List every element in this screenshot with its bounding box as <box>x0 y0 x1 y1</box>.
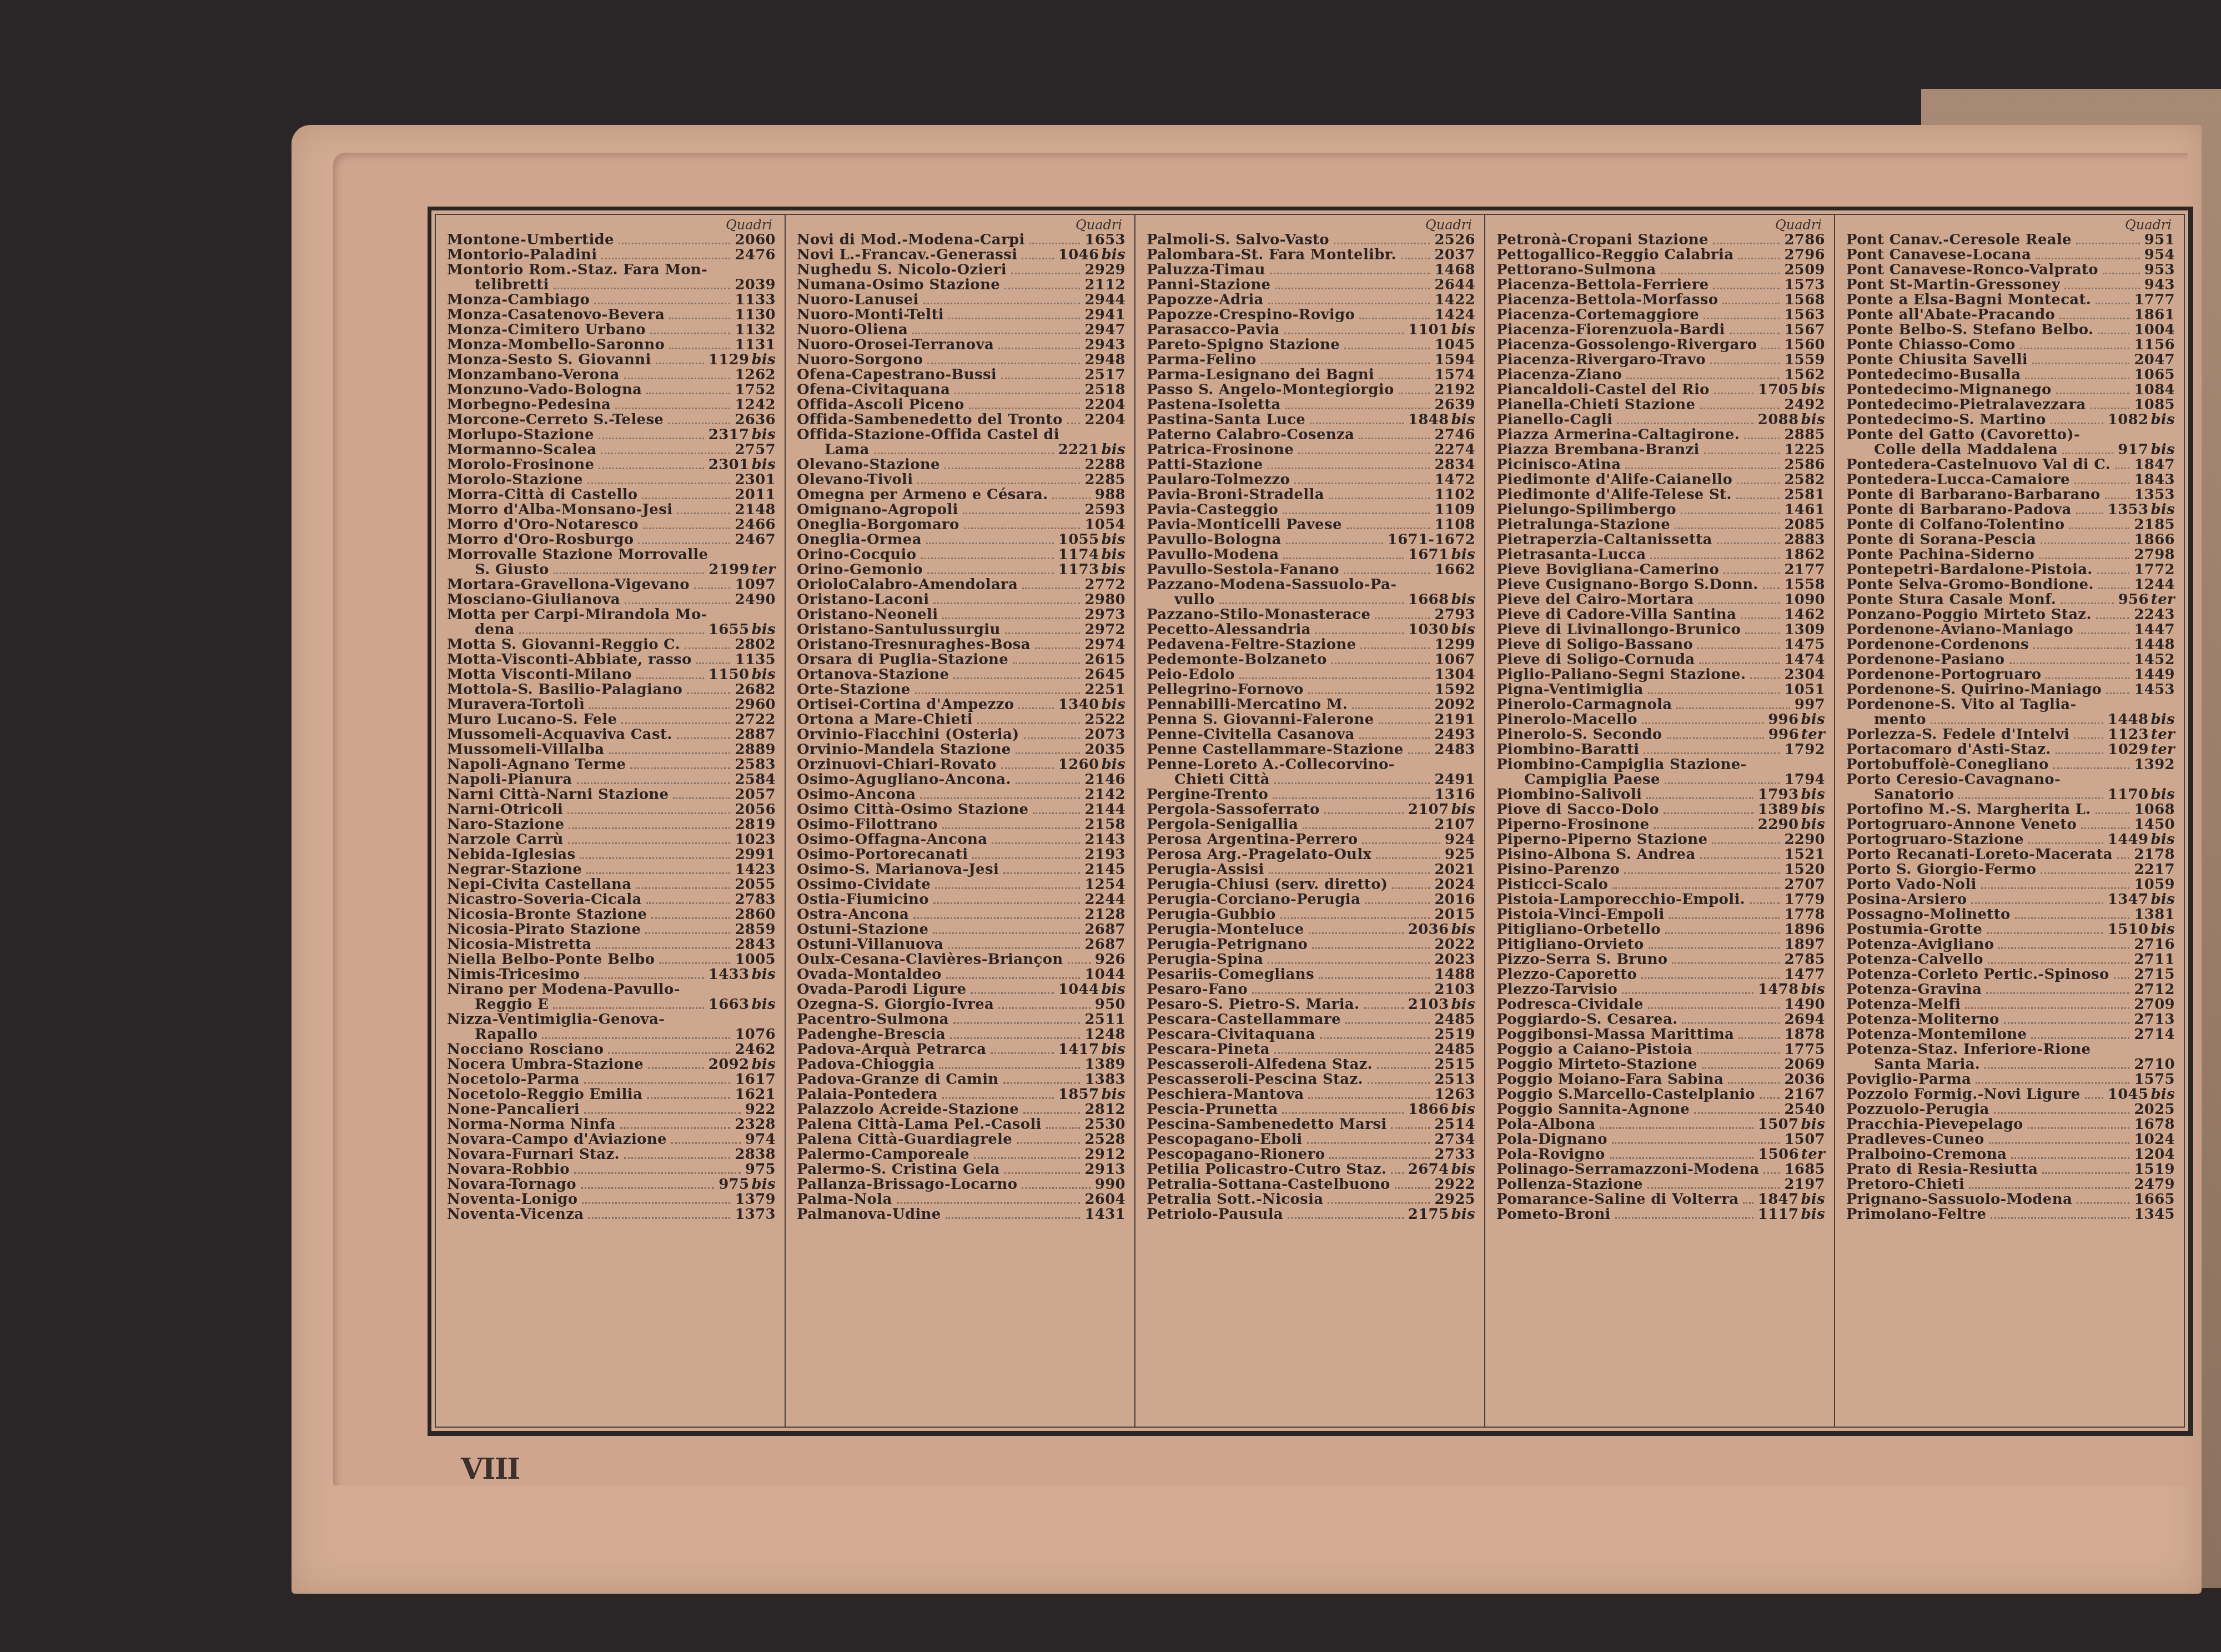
quadro-value: 1655 <box>708 621 750 638</box>
quadro-value: 1260 <box>1058 756 1099 773</box>
index-entry: Pescara-Pineta2485 <box>1147 1042 1475 1057</box>
dot-leader <box>1600 1127 1753 1129</box>
dot-leader <box>630 767 730 769</box>
quadro-value: 1299 <box>1434 636 1475 653</box>
index-entry: Postumia-Grotte1510bis <box>1846 922 2175 937</box>
dot-leader <box>1713 288 1780 289</box>
quadro-suffix: bis <box>1801 1191 1825 1208</box>
index-entry: Potenza-Melfi2709 <box>1846 997 2175 1012</box>
index-entry: Osimo-Portorecanati2193 <box>797 847 1125 862</box>
quadro-number: 1575 <box>2134 1072 2175 1087</box>
quadro-number: 2055 <box>735 877 776 892</box>
index-entry: Pianella-Chieti Stazione2492 <box>1496 398 1825 413</box>
dot-leader <box>2015 917 2130 919</box>
index-entry: Pisino-Albona S. Andrea1521 <box>1496 847 1825 862</box>
quadro-value: 1793 <box>1758 786 1799 803</box>
index-entry: Pesariis-Comeglians1488 <box>1147 967 1475 982</box>
dot-leader <box>2115 468 2129 469</box>
quadro-suffix: bis <box>2150 1086 2175 1103</box>
quadro-suffix: bis <box>1451 322 1475 338</box>
station-pair-name: Petriolo-Pausula <box>1147 1207 1283 1222</box>
quadro-number: 2819 <box>735 817 776 832</box>
quadro-value: 2519 <box>1434 1026 1475 1043</box>
quadro-value: 1866 <box>2134 531 2175 548</box>
quadro-value: 2604 <box>1084 1191 1125 1208</box>
quadro-number: 2148 <box>735 503 776 518</box>
station-pair-name: Palaia-Pontedera <box>797 1087 938 1102</box>
index-entry: Lama2221bis <box>797 443 1125 458</box>
station-pair-name: Nizza-Ventimiglia-Genova- <box>447 1012 665 1027</box>
index-entry: Peschiera-Mantova1263 <box>1147 1087 1475 1102</box>
quadro-number: 2944 <box>1084 293 1125 308</box>
dot-leader <box>1376 857 1440 859</box>
dot-leader <box>1018 707 1053 709</box>
dot-leader <box>1280 917 1430 919</box>
dot-leader <box>1699 602 1780 604</box>
station-pair-name: Petralia Sott.-Nicosia <box>1147 1192 1323 1207</box>
quadro-number: 2191 <box>1434 712 1475 727</box>
dot-leader <box>668 423 730 424</box>
quadro-number: 2796 <box>1784 248 1825 263</box>
station-pair-name: Palombara-St. Fara Montelibr. <box>1147 248 1396 263</box>
index-entry: Piacenza-Ziano1562 <box>1496 368 1825 383</box>
dot-leader <box>1669 917 1780 919</box>
quadro-number: 2843 <box>735 937 776 952</box>
quadro-value: 996 <box>1768 726 1799 743</box>
quadro-number: 975bis <box>718 1177 776 1192</box>
station-pair-name: Piperno-Piperno Stazione <box>1496 832 1707 847</box>
quadro-value: 2073 <box>1084 726 1125 743</box>
quadro-value: 2639 <box>1434 396 1475 413</box>
station-pair-name: Papozze-Crespino-Rovigo <box>1147 308 1355 323</box>
quadro-value: 2491 <box>1434 771 1475 788</box>
quadro-value: 2199 <box>708 561 750 578</box>
station-pair-name: Nicosia-Pirato Stazione <box>447 922 641 937</box>
dot-leader <box>2103 273 2140 274</box>
station-pair-name: Palmoli-S. Salvo-Vasto <box>1147 233 1329 248</box>
dot-leader <box>1994 1112 2130 1114</box>
quadro-number: 1653 <box>1084 233 1125 248</box>
index-entry: Pieve di Cadore-Villa Santina1462 <box>1496 607 1825 622</box>
dot-leader <box>1750 677 1780 679</box>
quadro-number: 996bis <box>1768 712 1825 727</box>
index-entry: Portobuffolè-Conegliano1392 <box>1846 757 2175 772</box>
quadro-number: 2593 <box>1084 503 1125 518</box>
dot-leader <box>574 1172 741 1174</box>
index-entry: Ponte di Barbarano-Padova1353bis <box>1846 503 2175 518</box>
quadro-value: 2528 <box>1084 1131 1125 1148</box>
quadro-value: 950 <box>1095 996 1125 1013</box>
dot-leader <box>969 408 1081 409</box>
station-pair-name: Perugia-Petrignano <box>1147 937 1308 952</box>
table-columns: Quadri Montone-Umbertide2060Montorio-Pal… <box>435 214 2185 1428</box>
dot-leader <box>1736 498 1780 499</box>
dot-leader <box>554 288 731 289</box>
station-pair-name: Orzinuovi-Chiari-Rovato <box>797 757 997 772</box>
dot-leader <box>946 977 1081 979</box>
station-pair-name: Nocetolo-Reggio Emilia <box>447 1087 642 1102</box>
quadro-number: 2645 <box>1084 667 1125 682</box>
dot-leader <box>1745 632 1780 634</box>
quadro-number: 2581 <box>1784 488 1825 503</box>
station-pair-name: Pitigliano-Orvieto <box>1496 937 1644 952</box>
quadro-value: 1347 <box>2108 891 2149 908</box>
index-entry: Picinisco-Atina2586 <box>1496 458 1825 473</box>
quadro-number: 1101bis <box>1408 323 1475 338</box>
quadro-number: 2528 <box>1084 1132 1125 1147</box>
station-pair-name: Piazza Armerina-Caltagirone. <box>1496 428 1740 443</box>
quadro-number: 2462 <box>735 1042 776 1057</box>
quadro-suffix: bis <box>1451 921 1475 938</box>
index-entry: Morro d'Alba-Monsano-Jesi2148 <box>447 503 776 518</box>
quadro-number: 2710 <box>2134 1057 2175 1072</box>
station-pair-name: Pomarance-Saline di Volterra <box>1496 1192 1738 1207</box>
quadro-value: 2991 <box>735 846 776 863</box>
index-entry: Ostuni-Villanuova2687 <box>797 937 1125 952</box>
quadro-number: 1353 <box>2134 488 2175 503</box>
quadro-value: 2941 <box>1084 307 1125 323</box>
dot-leader <box>584 977 704 979</box>
index-entry: Palaia-Pontedera1857bis <box>797 1087 1125 1102</box>
dot-leader <box>1401 258 1430 259</box>
station-pair-name: Pazzano-Stilo-Monasterace <box>1147 607 1370 622</box>
quadro-value: 2733 <box>1434 1146 1475 1163</box>
dot-leader <box>964 528 1081 529</box>
station-pair-name: Paterno Calabro-Cosenza <box>1147 428 1354 443</box>
index-entry: Omignano-Agropoli2593 <box>797 503 1125 518</box>
index-entry: Morcone-Cerreto S.-Telese2636 <box>447 413 776 428</box>
index-entry: Piombino-Campiglia Stazione- <box>1496 757 1825 772</box>
index-entry: Mosciano-Giulianova2490 <box>447 592 776 607</box>
dot-leader <box>935 887 1080 889</box>
quadro-number: 1345 <box>2134 1207 2175 1222</box>
index-entry: Portogruaro-Stazione1449bis <box>1846 832 2175 847</box>
quadro-value: 2288 <box>1084 456 1125 473</box>
dot-leader <box>1761 348 1780 349</box>
quadro-suffix: bis <box>1451 801 1475 818</box>
quadro-value: 1848 <box>1408 411 1449 428</box>
index-entry: Pozzuolo-Perugia2025 <box>1846 1102 2175 1117</box>
index-entry: Novara-Tornago975bis <box>447 1177 776 1192</box>
dot-leader <box>659 962 730 964</box>
quadro-number: 1254 <box>1084 877 1125 892</box>
station-pair-name: Potenza-Avigliano <box>1846 937 1994 952</box>
station-pair-name: Picinisco-Atina <box>1496 458 1621 473</box>
quadro-number: 922 <box>745 1102 776 1117</box>
index-entry: Portofino M.-S. Margherita L.1068 <box>1846 802 2175 817</box>
quadro-value: 2304 <box>1784 666 1825 683</box>
dot-leader <box>991 1052 1053 1054</box>
quadro-value: 1560 <box>1784 337 1825 353</box>
quadro-number: 2584 <box>735 772 776 787</box>
dot-leader <box>927 363 1080 364</box>
index-entry: Porto Vado-Noli1059 <box>1846 877 2175 892</box>
quadro-value: 1248 <box>1084 1026 1125 1043</box>
quadro-value: 2493 <box>1434 726 1475 743</box>
dot-leader <box>2039 558 2129 559</box>
quadro-number: 2785 <box>1784 952 1825 967</box>
dot-leader <box>1303 827 1430 829</box>
dot-leader <box>568 842 731 844</box>
dot-leader <box>2098 333 2129 334</box>
quadro-value: 2518 <box>1084 381 1125 398</box>
quadro-suffix: bis <box>751 426 776 443</box>
index-entry: Pescopagano-Rionero2733 <box>1147 1147 1475 1162</box>
index-entry: Reggio E1663bis <box>447 997 776 1012</box>
quadro-number: 1173bis <box>1058 563 1125 578</box>
dot-leader <box>1615 1217 1753 1219</box>
dot-leader <box>2106 692 2129 694</box>
station-pair-name: Pescara-Civitaquana <box>1147 1027 1315 1042</box>
index-entry: Oulx-Cesana-Clavières-Briançon926 <box>797 952 1125 967</box>
dot-leader <box>1379 722 1430 724</box>
station-pair-name: Ostia-Fiumicino <box>797 892 929 907</box>
dot-leader <box>2020 348 2130 349</box>
dot-leader <box>621 722 730 724</box>
index-entry: Nirano per Modena-Pavullo- <box>447 982 776 997</box>
index-entry: Pareto-Spigno Stazione1045 <box>1147 338 1475 353</box>
index-entry: Pastena-Isoletta2639 <box>1147 398 1475 413</box>
station-pair-name: Potenza-Calvello <box>1846 952 1983 967</box>
index-entry: Pescara-Civitaquana2519 <box>1147 1027 1475 1042</box>
quadro-value: 2887 <box>735 726 776 743</box>
quadro-value: 1488 <box>1434 966 1475 983</box>
station-pair-name: Piancaldoli-Castel del Rio <box>1496 383 1710 398</box>
quadro-number: 2860 <box>735 907 776 922</box>
dot-leader <box>1013 662 1080 664</box>
quadro-number: 2197 <box>1784 1177 1825 1192</box>
index-entry: Piacenza-Bettola-Ferriere1573 <box>1496 278 1825 293</box>
dot-leader <box>1286 543 1383 544</box>
quadro-value: 2191 <box>1434 711 1475 728</box>
station-pair-name: Orino-Cocquio <box>797 548 916 563</box>
index-entry: Oneglia-Borgomaro1054 <box>797 518 1125 533</box>
station-pair-name: Perugia-Gubbio <box>1147 907 1276 922</box>
quadro-value: 2023 <box>1434 951 1475 968</box>
quadro-value: 2584 <box>735 771 776 788</box>
station-pair-name: Ponte di Barbarano-Barbarano <box>1846 488 2101 503</box>
index-entry: Potenza-Moliterno2713 <box>1846 1012 2175 1027</box>
station-pair-name: Pieve di Soligo-Bassano <box>1496 637 1693 652</box>
station-pair-name: Nuoro-Sorgono <box>797 353 923 368</box>
quadro-number: 2786 <box>1784 233 1825 248</box>
quadro-value: 2515 <box>1434 1056 1475 1073</box>
station-pair-name: Plezzo-Caporetto <box>1496 967 1637 982</box>
index-entry: Ortona a Mare-Chieti2522 <box>797 712 1125 727</box>
index-entry: Monza-Mombello-Saronno1131 <box>447 338 776 353</box>
column-header-quadri: Quadri <box>1496 217 1825 233</box>
quadro-value: 1559 <box>1784 352 1825 368</box>
quadro-number: 1131 <box>735 338 776 353</box>
dot-leader <box>1329 1157 1430 1159</box>
index-entry: Morrovalle Stazione Morrovalle <box>447 548 776 563</box>
index-entry: Ovada-Parodi Ligure1044bis <box>797 982 1125 997</box>
dot-leader <box>615 408 730 409</box>
index-entry: Orvinio-Mandela Stazione2035 <box>797 742 1125 757</box>
quadro-number: 1174bis <box>1058 548 1125 563</box>
dot-leader <box>2077 1202 2129 1204</box>
quadro-number: 1373 <box>735 1207 776 1222</box>
quadro-number: 1045 <box>1434 338 1475 353</box>
index-entry: Polinago-Serramazzoni-Modena1685 <box>1496 1162 1825 1177</box>
index-entry: Ponte di Sorana-Pescia1866 <box>1846 533 2175 548</box>
station-pair-name: Possagno-Molinetto <box>1846 907 2011 922</box>
quadro-value: 2722 <box>735 711 776 728</box>
quadro-value: 2859 <box>735 921 776 938</box>
station-pair-name: Potenza-Corleto Pertic.-Spinoso <box>1846 967 2109 982</box>
quadro-value: 2513 <box>1434 1071 1475 1088</box>
station-pair-name: Poggio Sannita-Agnone <box>1496 1102 1690 1117</box>
station-pair-name: Perugia-Chiusi (serv. diretto) <box>1147 877 1388 892</box>
quadro-value: 2715 <box>2134 966 2175 983</box>
quadro-number: 2519 <box>1434 1027 1475 1042</box>
index-entry: Oristano-Tresnuraghes-Bosa2974 <box>797 637 1125 652</box>
index-entry: Potenza-Montemilone2714 <box>1846 1027 2175 1042</box>
quadro-number: 1793bis <box>1758 787 1825 802</box>
station-pair-name: Plezzo-Tarvisio <box>1496 982 1617 997</box>
station-pair-name: Pordenone-Aviano-Maniago <box>1846 622 2073 637</box>
dot-leader <box>1344 348 1430 349</box>
station-pair-name: Orino-Gemonio <box>797 563 923 578</box>
station-pair-name: Poviglio-Parma <box>1846 1072 1971 1087</box>
index-entry: Pellegrino-Fornovo1592 <box>1147 682 1475 697</box>
dot-leader <box>933 902 1081 904</box>
quadro-value: 1045 <box>2108 1086 2149 1103</box>
quadro-value: 1775 <box>1784 1041 1825 1058</box>
quadro-value: 1567 <box>1784 322 1825 338</box>
dot-leader <box>1763 1172 1780 1174</box>
dot-leader <box>2032 363 2129 364</box>
station-pair-name: Norma-Norma Ninfa <box>447 1117 616 1132</box>
station-pair-name: Orvinio-Fiacchini (Osteria) <box>797 727 1019 742</box>
quadro-suffix: bis <box>1801 1116 1825 1133</box>
quadro-value: 1389 <box>1084 1056 1125 1073</box>
station-pair-name: Pesaro-S. Pietro-S. Maria. <box>1147 997 1359 1012</box>
quadro-number: 2714 <box>2134 1027 2175 1042</box>
quadro-number: 2243 <box>2134 607 2175 622</box>
station-pair-name: Narni Città-Narni Stazione <box>447 787 669 802</box>
dot-leader <box>1308 692 1430 694</box>
station-pair-name: Sanatorio <box>1846 787 1954 802</box>
quadro-number: 1794 <box>1784 772 1825 787</box>
quadro-value: 1101 <box>1408 322 1449 338</box>
dot-leader <box>1700 857 1780 859</box>
station-pair-name: Montorio-Paladini <box>447 248 597 263</box>
index-entry: Poggiardo-S. Cesarea.2694 <box>1496 1012 1825 1027</box>
dot-leader <box>972 857 1080 859</box>
index-entry: Ofena-Civitaquana2518 <box>797 383 1125 398</box>
station-pair-name: Ponte a Elsa-Bagni Montecat. <box>1846 293 2091 308</box>
quadro-value: 2712 <box>2134 981 2175 998</box>
quadro-value: 1752 <box>735 381 776 398</box>
index-entry: Oneglia-Ormea1055bis <box>797 533 1125 548</box>
station-pair-name: Pescasseroli-Pescina Staz. <box>1147 1072 1363 1087</box>
station-pair-name: Primolano-Feltre <box>1846 1207 1986 1222</box>
station-pair-name: Rapallo <box>447 1027 537 1042</box>
quadro-number: 975 <box>745 1162 776 1177</box>
dot-leader <box>580 857 730 859</box>
quadro-number: 1340bis <box>1058 697 1125 712</box>
dot-leader <box>584 1082 731 1084</box>
quadro-value: 1242 <box>735 396 776 413</box>
station-pair-name: Pesariis-Comeglians <box>1147 967 1314 982</box>
quadro-value: 2929 <box>1084 262 1125 278</box>
quadro-number: 1792 <box>1784 742 1825 757</box>
quadro-value: 2922 <box>1434 1176 1475 1193</box>
dot-leader <box>647 1097 730 1099</box>
station-pair-name: Ponte di Sorana-Pescia <box>1846 533 2036 548</box>
station-pair-name: Nirano per Modena-Pavullo- <box>447 982 680 997</box>
index-entry: Osimo-S. Marianova-Jesi2145 <box>797 862 1125 877</box>
station-pair-name: Pozzolo Formig.-Novi Ligure <box>1846 1087 2081 1102</box>
station-pair-name: Pietralunga-Stazione <box>1496 518 1670 533</box>
quadro-number: 2060 <box>735 233 776 248</box>
index-entry: dena1655bis <box>447 622 776 637</box>
station-pair-name: Nuoro-Lanusei <box>797 293 919 308</box>
quadro-value: 1448 <box>2108 711 2149 728</box>
station-pair-name: Novi L.-Francav.-Generassi <box>797 248 1017 263</box>
dot-leader <box>1958 797 2103 799</box>
station-pair-name: Potenza-Melfi <box>1846 997 1961 1012</box>
index-entry: Piedimonte d'Alife-Telese St.2581 <box>1496 488 1825 503</box>
index-entry: Potenza-Staz. Inferiore-Rione <box>1846 1042 2175 1057</box>
quadro-value: 1353 <box>2108 501 2149 518</box>
dot-leader <box>1003 872 1080 874</box>
index-entry: Osimo-Offagna-Ancona2143 <box>797 832 1125 847</box>
index-entry: Podresca-Cividale1490 <box>1496 997 1825 1012</box>
quadro-value: 1392 <box>2134 756 2175 773</box>
station-pair-name: Poggiardo-S. Cesarea. <box>1496 1012 1677 1027</box>
quadro-value: 1174 <box>1058 546 1099 563</box>
index-entry: Porto Ceresio-Cavagnano- <box>1846 772 2175 787</box>
index-entry: Pergola-Sassoferrato2107bis <box>1147 802 1475 817</box>
dot-leader <box>1067 423 1081 424</box>
quadro-number: 2490 <box>735 592 776 607</box>
dot-leader <box>1730 333 1780 334</box>
index-entry: Orino-Gemonio1173bis <box>797 563 1125 578</box>
dot-leader <box>2076 243 2140 244</box>
quadro-value: 2301 <box>708 456 750 473</box>
index-entry: Napoli-Pianura2584 <box>447 772 776 787</box>
quadro-number: 2812 <box>1084 1102 1125 1117</box>
index-entry: Palermo-Camporeale2912 <box>797 1147 1125 1162</box>
index-entry: Parma-Lesignano dei Bagni1574 <box>1147 368 1475 383</box>
index-entry: Mussomeli-Villalba2889 <box>447 742 776 757</box>
dot-leader <box>1704 318 1780 319</box>
dot-leader <box>1646 797 1753 799</box>
quadro-number: 1449bis <box>2108 832 2175 847</box>
dot-leader <box>669 318 730 319</box>
index-entry: Pistoia-Lamporecchio-Empoli.1779 <box>1496 892 1825 907</box>
quadro-number: 1558 <box>1784 578 1825 592</box>
index-entry: Pecetto-Alessandria1030bis <box>1147 622 1475 637</box>
quadro-number: 1449 <box>2134 667 2175 682</box>
quadro-suffix: ter <box>752 561 776 578</box>
quadro-suffix: bis <box>1451 1101 1475 1118</box>
dot-leader <box>1283 513 1430 514</box>
index-entry: Piedimonte d'Alife-Caianello2582 <box>1496 473 1825 488</box>
quadro-value: 2644 <box>1434 277 1475 293</box>
quadro-value: 2055 <box>735 876 776 893</box>
index-entry: Pigna-Ventimiglia1051 <box>1496 682 1825 697</box>
station-pair-name: Potenza-Gravina <box>1846 982 1982 997</box>
quadro-value: 1123 <box>2108 726 2149 743</box>
index-entry: Ponte Chiusita Savelli2047 <box>1846 353 2175 368</box>
quadro-suffix: bis <box>751 966 776 983</box>
dot-leader <box>927 573 1054 574</box>
quadro-value: 2514 <box>1434 1116 1475 1133</box>
dot-leader <box>584 1112 741 1114</box>
